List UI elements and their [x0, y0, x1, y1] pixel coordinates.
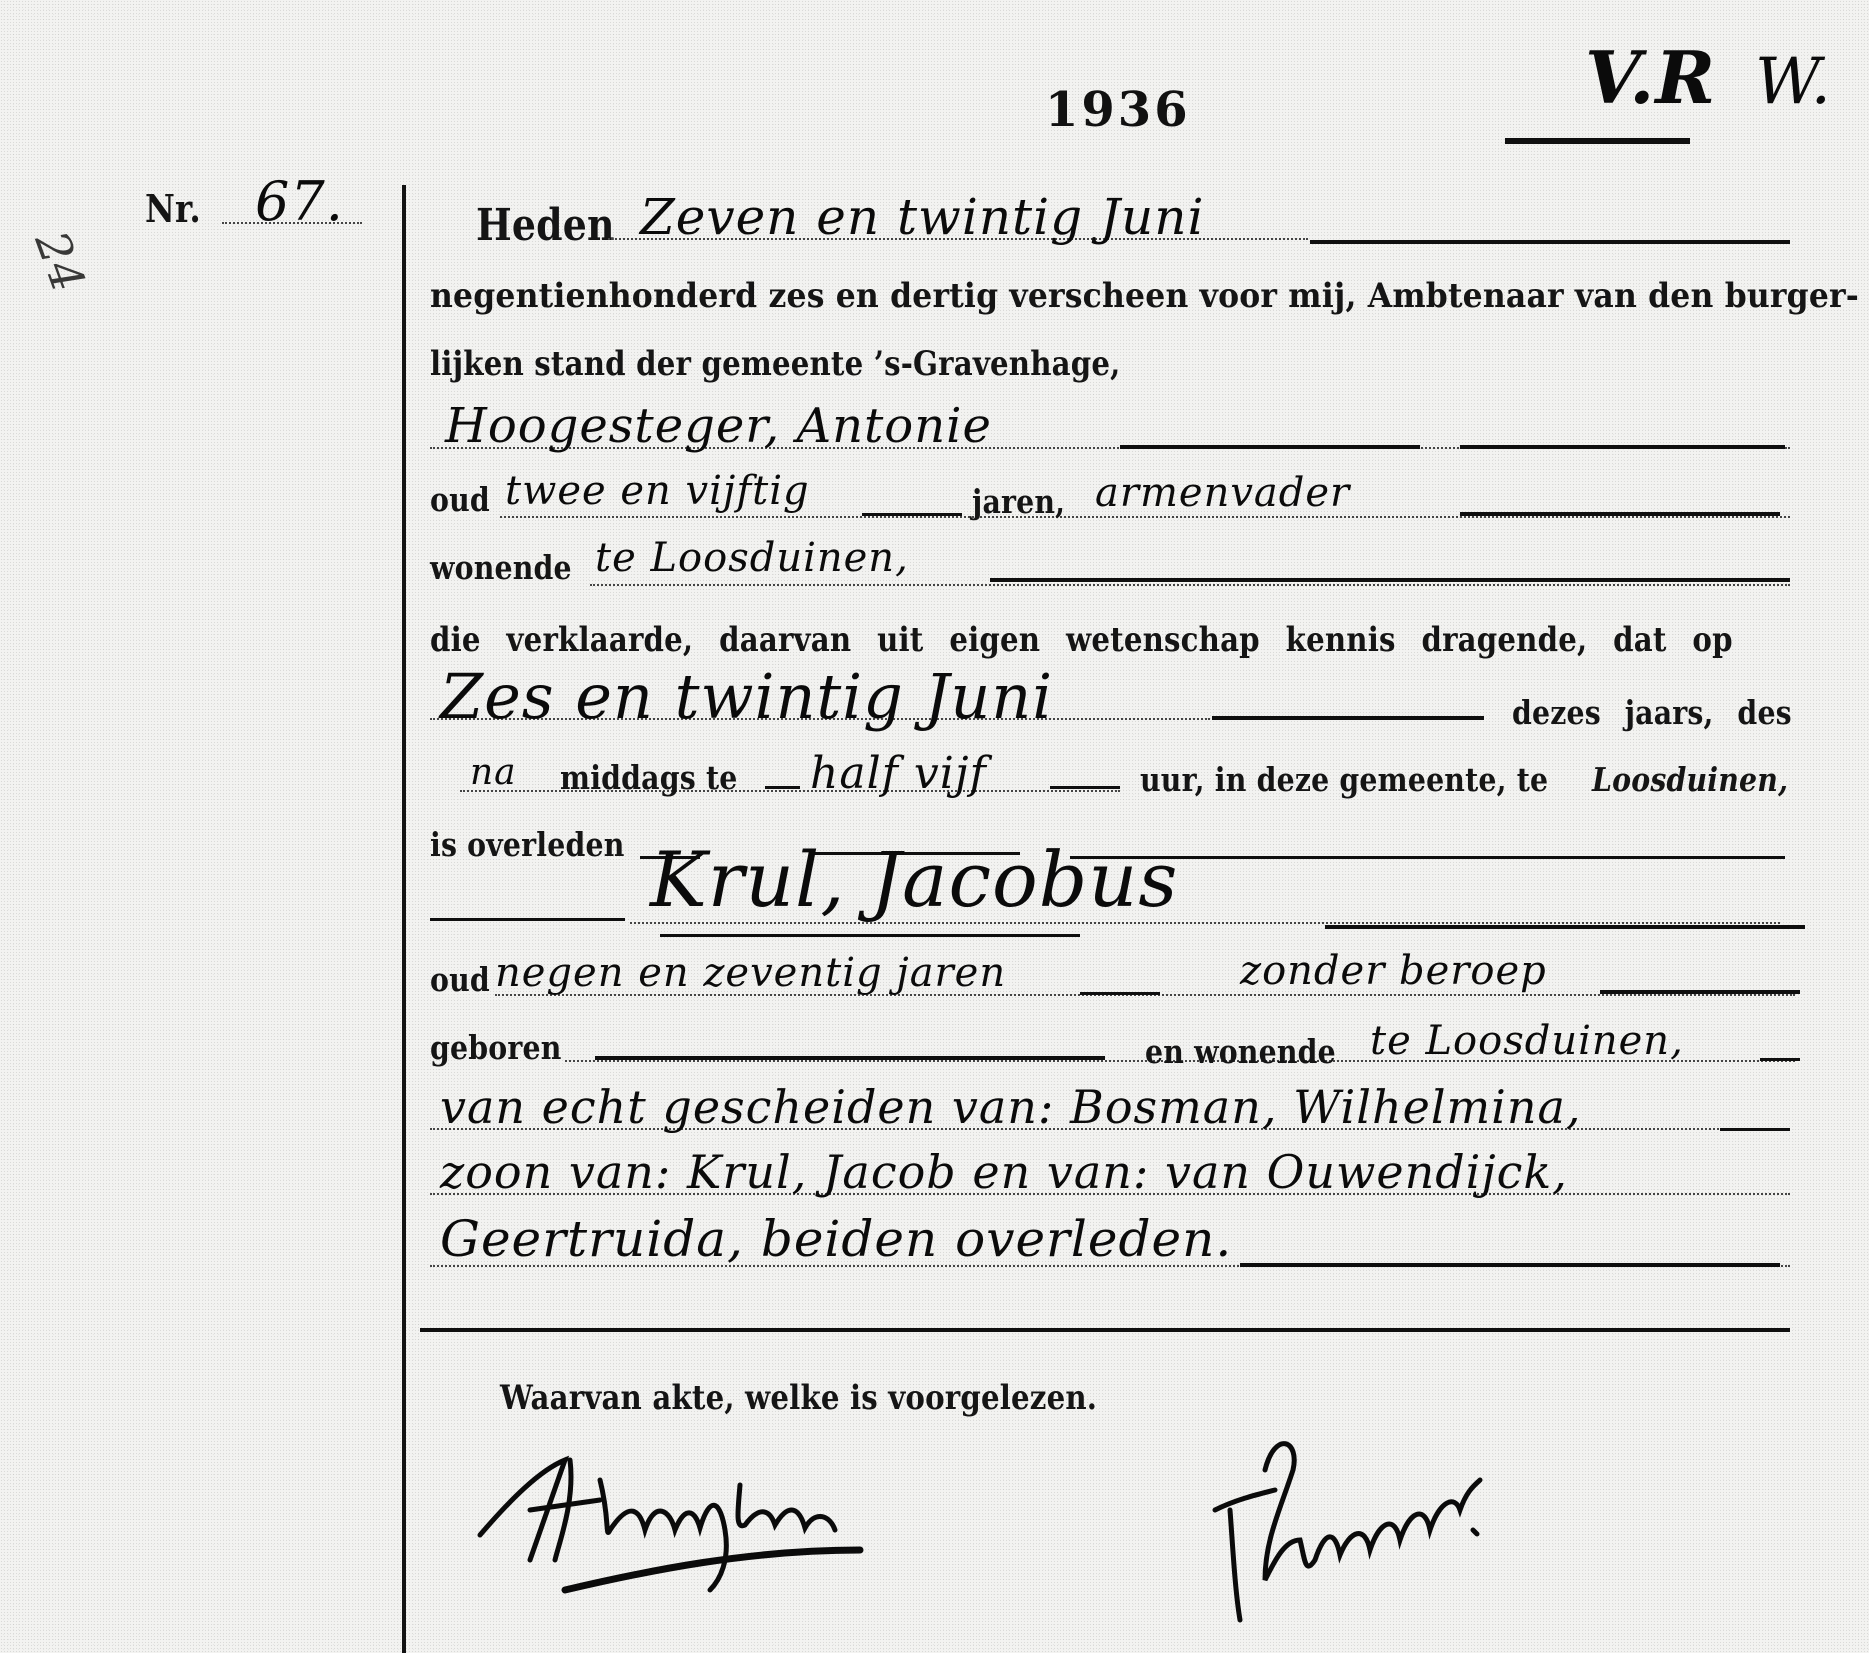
fill-rule — [862, 513, 962, 516]
dots-time — [460, 790, 1120, 792]
death-time: half vijf — [810, 748, 987, 799]
deceased-label: is overleden — [430, 825, 625, 864]
deceased-age: negen en zeventig jaren — [495, 950, 1006, 996]
death-time-after: uur, in deze gemeente, te — [1140, 760, 1548, 799]
residence-label: en wonende — [1145, 1032, 1336, 1071]
fill-rule — [430, 918, 625, 921]
declarant-age: twee en vijftig — [505, 468, 810, 514]
declarant-signature: AHoogesteger — [470, 1440, 950, 1610]
section-rule — [420, 1328, 1790, 1332]
declarant-residence-label: wonende — [430, 548, 572, 587]
fill-rule — [1760, 1058, 1800, 1061]
document-year: 1936 — [1045, 82, 1191, 138]
declaration-text: die verklaarde, daarvan uit eigen wetens… — [430, 620, 1733, 660]
death-place: Loosduinen, — [1592, 760, 1788, 799]
declarant-occupation: armenvader — [1095, 470, 1350, 516]
death-time-middle: middags te — [560, 758, 737, 797]
fill-rule — [1080, 992, 1160, 995]
deceased-occupation: zonder beroep — [1240, 948, 1547, 994]
preamble-line-3: lijken stand der gemeente ’s-Gravenhage, — [430, 344, 1121, 384]
fill-rule — [765, 786, 800, 789]
remark-line-1: van echt gescheiden van: Bosman, Wilhelm… — [440, 1080, 1582, 1134]
deceased-name: Krul, Jacobus — [650, 835, 1178, 924]
archive-mark-suffix: W. — [1755, 45, 1832, 119]
dots-age — [500, 516, 1790, 518]
heden-label: Heden — [476, 200, 615, 251]
dots-residence — [590, 584, 1790, 586]
fill-rule — [990, 578, 1790, 582]
death-time-part-of-day: na — [470, 752, 517, 793]
fill-rule — [1050, 786, 1120, 789]
record-number-label: Nr. — [145, 186, 201, 231]
deceased-residence: te Loosduinen, — [1370, 1018, 1684, 1064]
archive-mark-underline — [1505, 138, 1690, 144]
deceased-age-label: oud — [430, 960, 490, 999]
fill-rule — [1460, 445, 1785, 449]
fill-rule — [1600, 990, 1800, 994]
declarant-age-label: oud — [430, 480, 490, 519]
death-date: Zes en twintig Juni — [440, 660, 1053, 733]
birth-label: geboren — [430, 1028, 562, 1067]
record-number: 67. — [255, 170, 344, 233]
margin-note: 24 — [25, 224, 96, 299]
death-date-suffix: dezes jaars, des — [1512, 693, 1792, 732]
registration-date: Zeven en twintig Juni — [640, 188, 1204, 246]
remark-line-2: zoon van: Krul, Jacob en van: van Ouwend… — [440, 1145, 1568, 1199]
declarant-age-suffix: jaren, — [972, 482, 1065, 521]
fill-rule — [1720, 1128, 1790, 1131]
margin-divider — [402, 185, 406, 1653]
fill-rule — [1310, 240, 1790, 244]
fill-rule — [1460, 512, 1780, 516]
closing-text: Waarvan akte, welke is voorgelezen. — [500, 1378, 1097, 1418]
fill-rule — [1325, 925, 1805, 929]
archive-mark: V.R — [1585, 35, 1716, 120]
remark-line-3: Geertruida, beiden overleden. — [440, 1210, 1232, 1268]
registrar-signature — [1205, 1430, 1585, 1630]
fill-rule — [1212, 716, 1484, 720]
fill-rule — [1120, 445, 1420, 449]
declarant-name: Hoogesteger, Antonie — [445, 398, 992, 454]
declarant-residence: te Loosduinen, — [595, 535, 909, 581]
fill-rule — [1240, 1263, 1780, 1267]
name-underline — [660, 934, 1080, 937]
fill-rule — [595, 1056, 1105, 1060]
preamble-line-2: negentienhonderd zes en dertig verscheen… — [430, 276, 1859, 316]
